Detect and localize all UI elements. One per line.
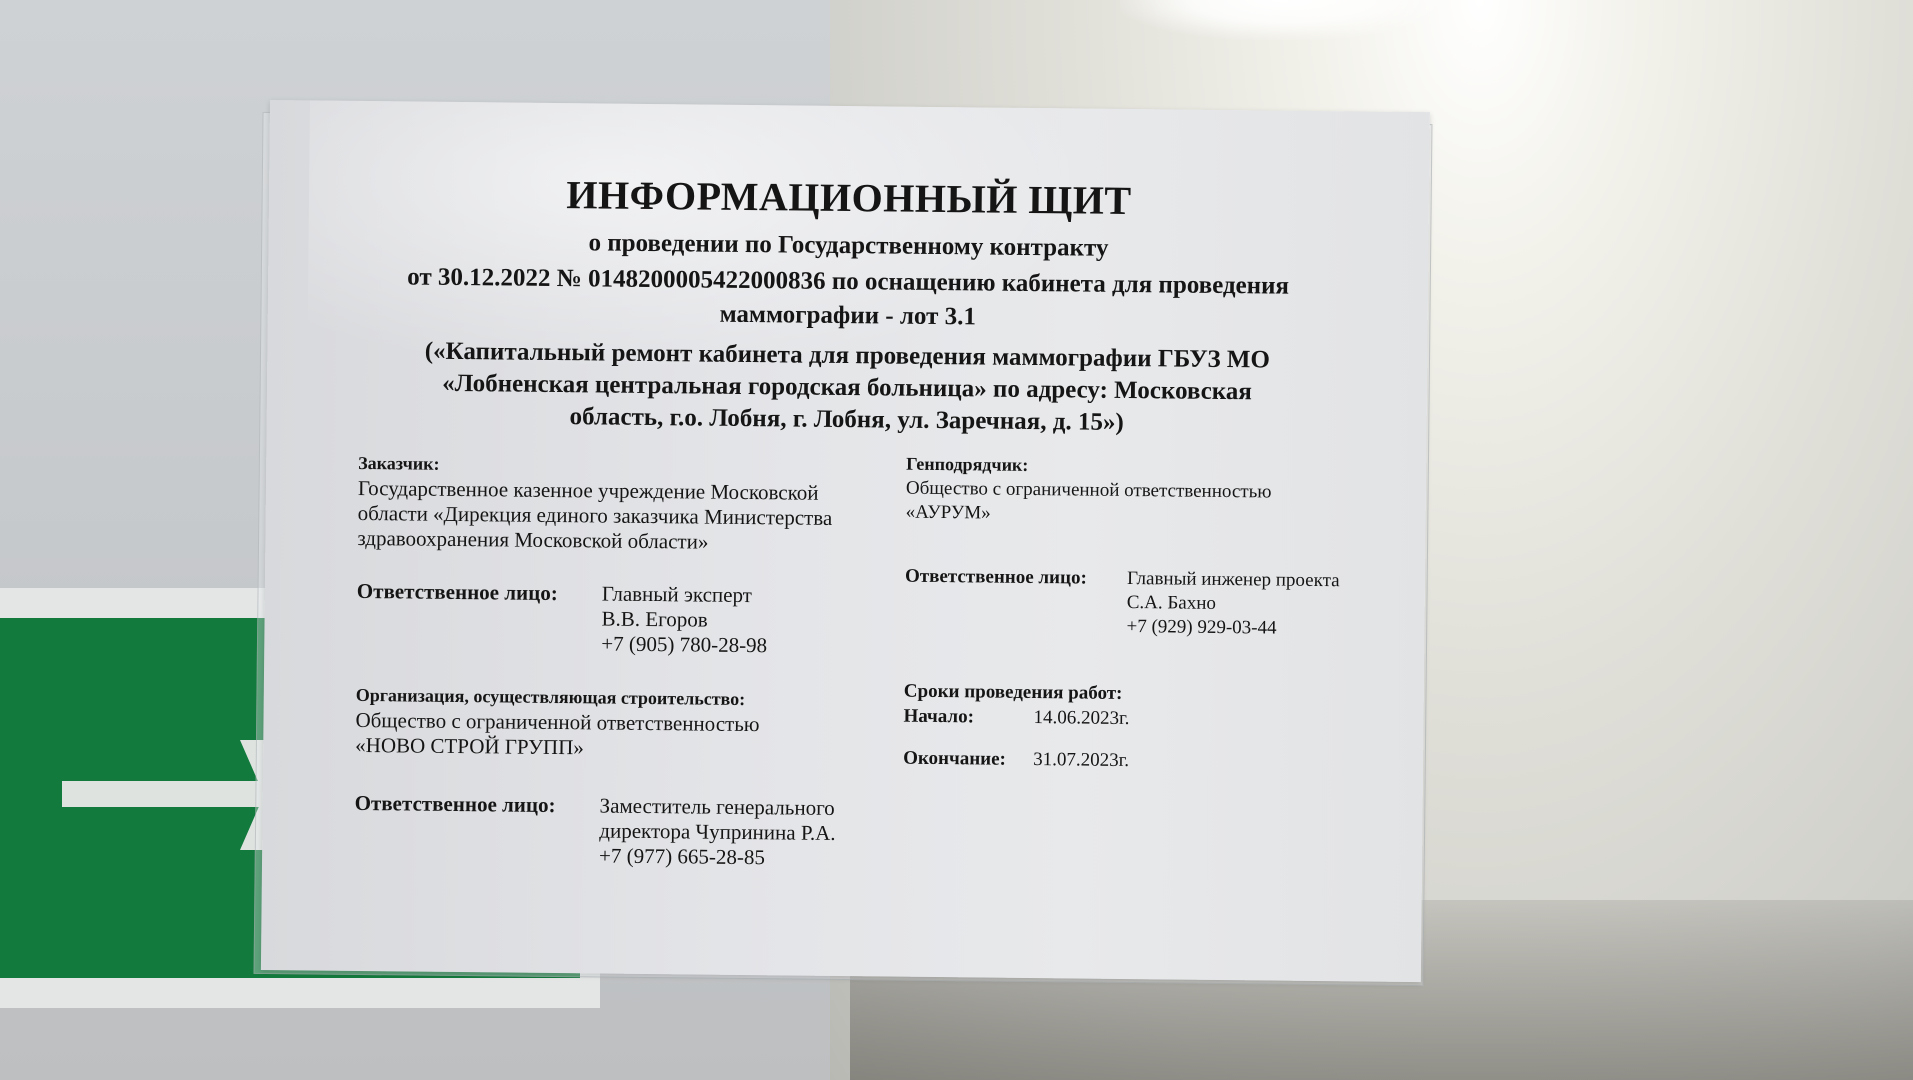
information-board: ИНФОРМАЦИОННЫЙ ЩИТ о проведении по Госуд…: [261, 100, 1430, 982]
board-title: ИНФОРМАЦИОННЫЙ ЩИТ: [269, 168, 1429, 227]
light-glare: [1120, 0, 1440, 40]
general-contractor-section: Генподрядчик: Общество с ограниченной от…: [906, 452, 1407, 530]
exit-arrow-icon: [62, 781, 282, 807]
responsible-line: Заместитель генерального: [599, 793, 836, 820]
heading-line: маммографии - лот 3.1: [268, 296, 1428, 336]
responsible-line: +7 (905) 780-28-98: [601, 632, 767, 659]
responsible-line: +7 (929) 929-03-44: [1126, 615, 1339, 641]
start-date: 14.06.2023г.: [1033, 705, 1129, 731]
customer-line: здравоохранения Московской области»: [357, 526, 917, 557]
responsible-label: Ответственное лицо:: [355, 791, 556, 817]
general-contractor-responsible: Ответственное лицо: Главный инженер прое…: [905, 565, 1405, 594]
responsible-label: Ответственное лицо:: [905, 566, 1087, 589]
customer-section: Заказчик: Государственное казенное учреж…: [357, 451, 918, 557]
start-label: Начало:: [903, 706, 974, 728]
builder-responsible: Ответственное лицо: Заместитель генераль…: [355, 791, 915, 822]
responsible-line: Главный эксперт: [602, 582, 768, 609]
responsible-line: В.В. Егоров: [601, 607, 767, 634]
builder-line: «НОВО СТРОЙ ГРУПП»: [355, 733, 915, 764]
general-contractor-line: «АУРУМ»: [906, 501, 1406, 530]
heading-line: о проведении по Государственному контрак…: [268, 226, 1428, 266]
responsible-line: директора Чупринина Р.А.: [599, 818, 836, 845]
end-label: Окончание:: [903, 748, 1006, 770]
end-date: 31.07.2023г.: [1033, 747, 1129, 773]
customer-responsible: Ответственное лицо: Главный эксперт В.В.…: [357, 579, 917, 610]
responsible-line: +7 (977) 665-28-85: [599, 843, 836, 870]
builder-section: Организация, осуществляющая строительств…: [355, 683, 916, 764]
heading-line: от 30.12.2022 № 0148200005422000836 по о…: [268, 262, 1428, 302]
responsible-line: С.А. Бахно: [1127, 591, 1340, 617]
schedule-section: Сроки проведения работ: Начало: 14.06.20…: [903, 679, 1364, 777]
responsible-line: Главный инженер проекта: [1127, 567, 1340, 593]
responsible-label: Ответственное лицо:: [357, 579, 558, 605]
